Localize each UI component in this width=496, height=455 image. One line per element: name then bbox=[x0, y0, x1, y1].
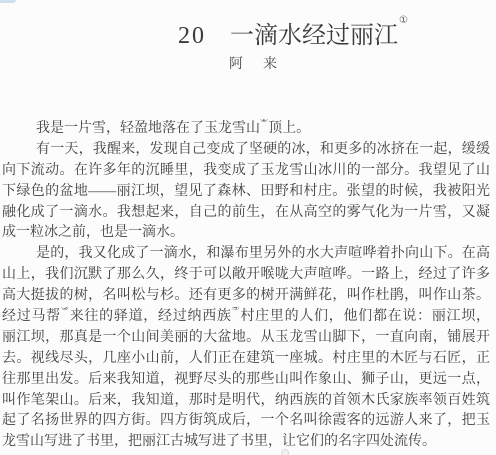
body-line: 有一天，我醒来，发现自己变成了坚硬的冰，和更多的冰挤在一起，缓缓 bbox=[2, 140, 490, 161]
page-number-ornament bbox=[281, 449, 289, 455]
body-line: 向下流动。在许多年的沉睡里，我变成了玉龙雪山冰川的一部分。我望见了山 bbox=[2, 161, 490, 182]
body-line: 是的，我又化成了一滴水，和瀑布里另外的水大声喧哗着扑向山下。在高 bbox=[2, 244, 490, 265]
body-line: 山上，我们沉默了那么久，终于可以敞开喉咙大声喧哗。一路上，经过了许多 bbox=[2, 265, 490, 286]
lesson-header: 20一滴水经过丽江① bbox=[178, 17, 407, 51]
body-line: 去。视线尽头，几座小山前，人们正在建筑一座城。村庄里的木匠与石匠，正 bbox=[2, 349, 490, 370]
title-footnote-marker: ① bbox=[399, 15, 408, 26]
body-line: 起了名扬世界的四方街。四方街筑成后，一个名叫徐霞客的远游人来了，把玉 bbox=[2, 411, 490, 432]
body-line: 下绿色的盆地——丽江坝，望见了森林、田野和村庄。张望的时候，我被阳光 bbox=[2, 182, 490, 203]
body-line: 融化成了一滴水。我想起来，自己的前生，在从高空的雾气化为一片雪，又凝 bbox=[2, 203, 490, 224]
author-name: 阿 来 bbox=[229, 56, 280, 74]
lesson-number: 20 bbox=[178, 21, 206, 51]
footnote-marker: ③ bbox=[61, 307, 70, 312]
body-line: 龙雪山写进了书里，把丽江古城写进了书里，让它们的名字四处流传。 bbox=[2, 432, 490, 453]
body-line: 成一粒冰之前，也是一滴水。 bbox=[2, 223, 490, 244]
lesson-title: 20一滴水经过丽江① bbox=[178, 17, 407, 51]
scan-artifact bbox=[0, 0, 16, 3]
lesson-title-text: 一滴水经过丽江 bbox=[230, 23, 398, 49]
body-line: 我是一片雪，轻盈地落在了玉龙雪山②顶上。 bbox=[2, 119, 490, 140]
textbook-page: 20一滴水经过丽江① 阿 来 我是一片雪，轻盈地落在了玉龙雪山②顶上。有一天，我… bbox=[0, 0, 496, 455]
body-line: 往那里出发。后来我知道，视野尽头的那些山叫作象山、狮子山，更远一点， bbox=[2, 370, 490, 391]
lesson-body: 我是一片雪，轻盈地落在了玉龙雪山②顶上。有一天，我醒来，发现自己变成了坚硬的冰，… bbox=[2, 119, 490, 453]
body-line: 叫作笔架山。后来，我知道，那时是明代，纳西族的首领木氏家族率领百姓筑 bbox=[2, 391, 490, 412]
footnote-marker: ② bbox=[260, 119, 268, 124]
body-line: 丽江坝，那真是一个山间美丽的大盆地。从玉龙雪山脚下，一直向南，铺展开 bbox=[2, 328, 490, 349]
body-line: 高大挺拔的树，名叫松与杉。还有更多的树开满鲜花，叫作杜鹃，叫作山茶。 bbox=[2, 286, 490, 307]
body-line: 经过马帮③来往的驿道，经过纳西族④村庄里的人们，他们都在说：丽江坝， bbox=[2, 307, 490, 328]
footnote-marker: ④ bbox=[232, 307, 241, 312]
